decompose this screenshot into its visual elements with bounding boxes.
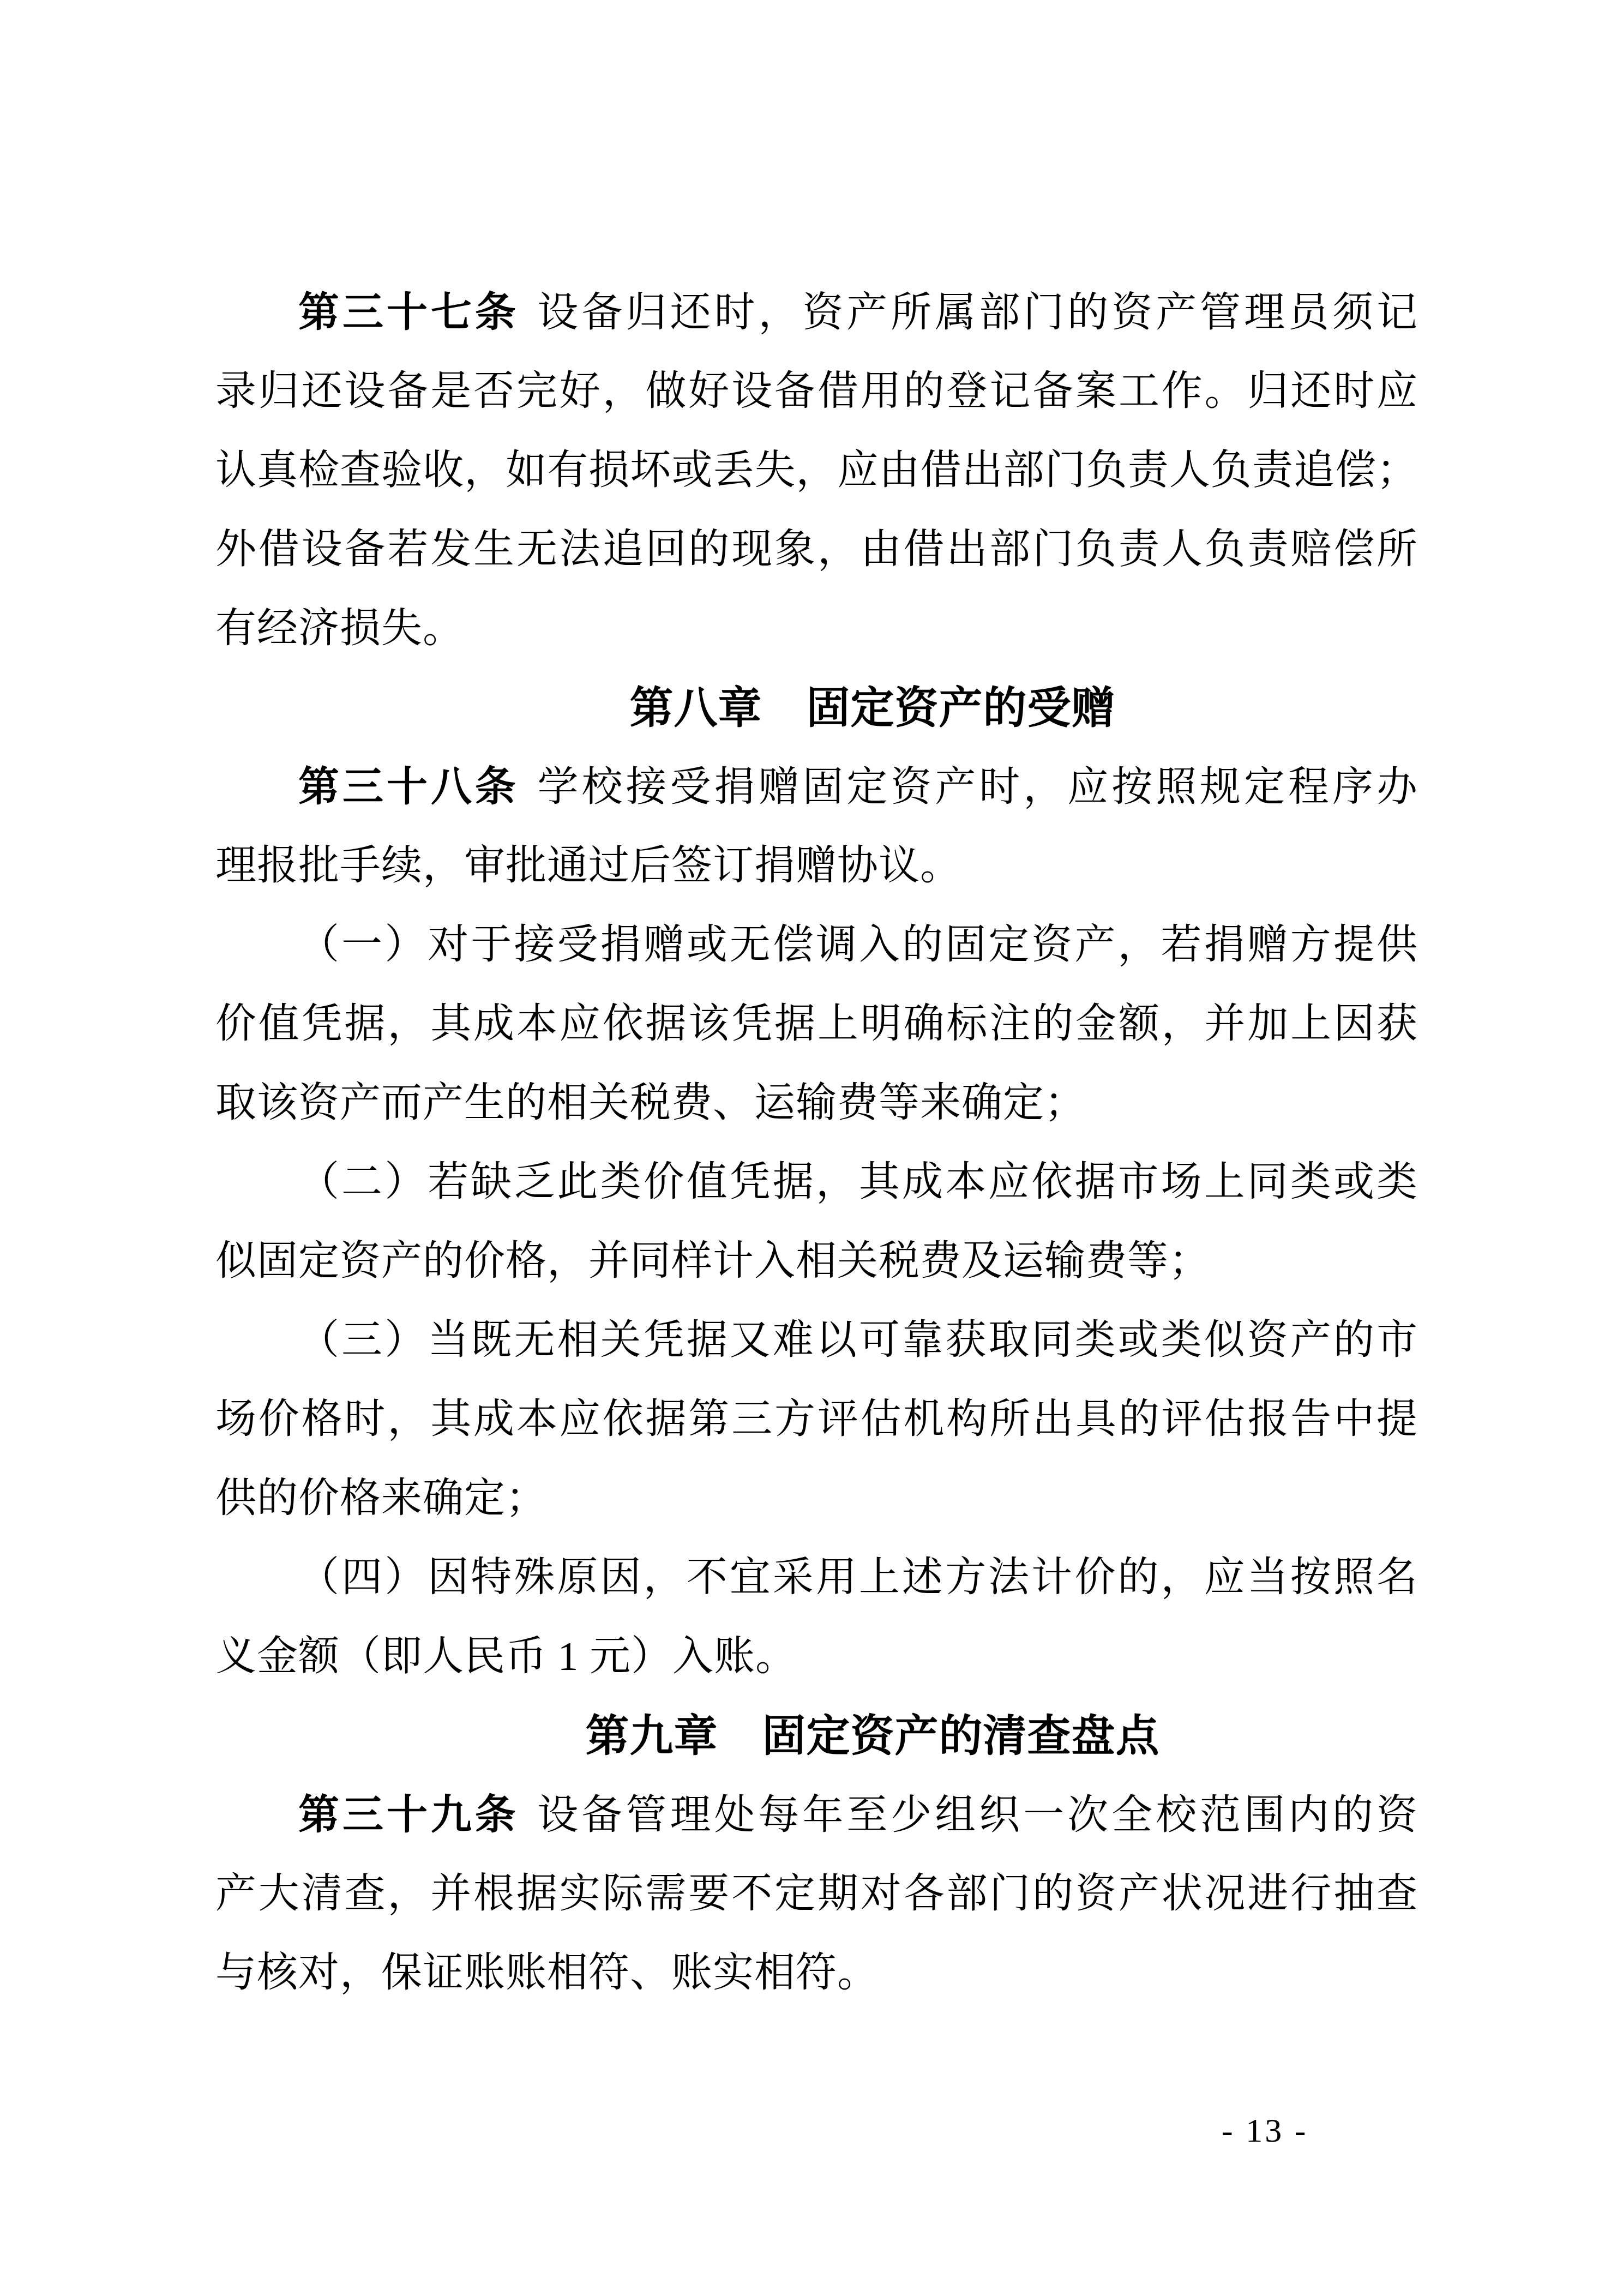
line-text: 外借设备若发生无法追回的现象，由借出部门负责人负责赔偿所 [215, 527, 1418, 572]
line-text: 价值凭据，其成本应依据该凭据上明确标注的金额，并加上因获 [215, 1001, 1418, 1047]
line-text: （三）当既无相关凭据又难以可靠获取同类或类似资产的市 [298, 1318, 1418, 1363]
chapter-heading: 第九章 固定资产的清查盘点 [215, 1696, 1418, 1775]
article-number: 第三十九条 [298, 1792, 519, 1837]
line-text: 场价格时，其成本应依据第三方评估机构所出具的评估报告中提 [215, 1397, 1418, 1442]
text-line: 供的价格来确定； [215, 1459, 1418, 1538]
line-text: 设备管理处每年至少组织一次全校范围内的资 [538, 1793, 1418, 1838]
line-text: 设备归还时，资产所属部门的资产管理员须记 [538, 290, 1418, 335]
line-text: （四）因特殊原因，不宜采用上述方法计价的，应当按照名 [298, 1555, 1418, 1600]
text-line: 录归还设备是否完好，做好设备借用的登记备案工作。归还时应 [215, 352, 1418, 431]
document-page: 第三十七条设备归还时，资产所属部门的资产管理员须记录归还设备是否完好，做好设备借… [0, 0, 1623, 2296]
line-text: 产大清查，并根据实际需要不定期对各部门的资产状况进行抽查 [215, 1871, 1418, 1916]
chapter-heading: 第八章 固定资产的受赠 [215, 668, 1418, 747]
line-text: 学校接受捐赠固定资产时，应按照规定程序办 [538, 765, 1418, 810]
text-line: 第三十七条设备归还时，资产所属部门的资产管理员须记 [215, 273, 1418, 352]
line-text: （一）对于接受捐赠或无偿调入的固定资产，若捐赠方提供 [298, 922, 1418, 967]
line-text: 录归还设备是否完好，做好设备借用的登记备案工作。归还时应 [215, 369, 1418, 414]
text-line: （三）当既无相关凭据又难以可靠获取同类或类似资产的市 [215, 1301, 1418, 1380]
line-text: 义金额（即人民币 1 元）入账。 [215, 1634, 797, 1679]
text-line: 理报批手续，审批通过后签订捐赠协议。 [215, 826, 1418, 905]
line-text: 第九章 固定资产的清查盘点 [586, 1711, 1160, 1760]
line-text: 取该资产而产生的相关税费、运输费等来确定； [215, 1080, 1086, 1126]
text-line: 似固定资产的价格，并同样计入相关税费及运输费等； [215, 1222, 1418, 1301]
text-line: 有经济损失。 [215, 589, 1418, 668]
page-number: - 13 - [1222, 2112, 1308, 2150]
text-line: （一）对于接受捐赠或无偿调入的固定资产，若捐赠方提供 [215, 905, 1418, 984]
line-text: 似固定资产的价格，并同样计入相关税费及运输费等； [215, 1239, 1210, 1284]
text-line: 外借设备若发生无法追回的现象，由借出部门负责人负责赔偿所 [215, 510, 1418, 589]
text-line: 价值凭据，其成本应依据该凭据上明确标注的金额，并加上因获 [215, 984, 1418, 1063]
text-line: 义金额（即人民币 1 元）入账。 [215, 1617, 1418, 1696]
line-text: 第八章 固定资产的受赠 [630, 683, 1116, 732]
text-line: （四）因特殊原因，不宜采用上述方法计价的，应当按照名 [215, 1538, 1418, 1617]
line-text: 有经济损失。 [215, 606, 464, 651]
text-line: 与核对，保证账账相符、账实相符。 [215, 1933, 1418, 2012]
text-line: 取该资产而产生的相关税费、运输费等来确定； [215, 1063, 1418, 1143]
text-content: 第三十七条设备归还时，资产所属部门的资产管理员须记录归还设备是否完好，做好设备借… [215, 273, 1418, 2012]
text-line: 产大清查，并根据实际需要不定期对各部门的资产状况进行抽查 [215, 1854, 1418, 1933]
line-text: （二）若缺乏此类价值凭据，其成本应依据市场上同类或类 [298, 1159, 1418, 1205]
text-line: （二）若缺乏此类价值凭据，其成本应依据市场上同类或类 [215, 1143, 1418, 1222]
line-text: 与核对，保证账账相符、账实相符。 [215, 1950, 879, 1996]
article-number: 第三十七条 [298, 289, 519, 335]
text-line: 场价格时，其成本应依据第三方评估机构所出具的评估报告中提 [215, 1380, 1418, 1459]
text-line: 第三十八条学校接受捐赠固定资产时，应按照规定程序办 [215, 747, 1418, 826]
text-line: 认真检查验收，如有损坏或丢失，应由借出部门负责人负责追偿； [215, 431, 1418, 510]
text-line: 第三十九条设备管理处每年至少组织一次全校范围内的资 [215, 1775, 1418, 1854]
line-text: 认真检查验收，如有损坏或丢失，应由借出部门负责人负责追偿； [215, 448, 1418, 493]
article-number: 第三十八条 [298, 764, 519, 809]
line-text: 供的价格来确定； [215, 1476, 547, 1521]
line-text: 理报批手续，审批通过后签订捐赠协议。 [215, 843, 961, 888]
